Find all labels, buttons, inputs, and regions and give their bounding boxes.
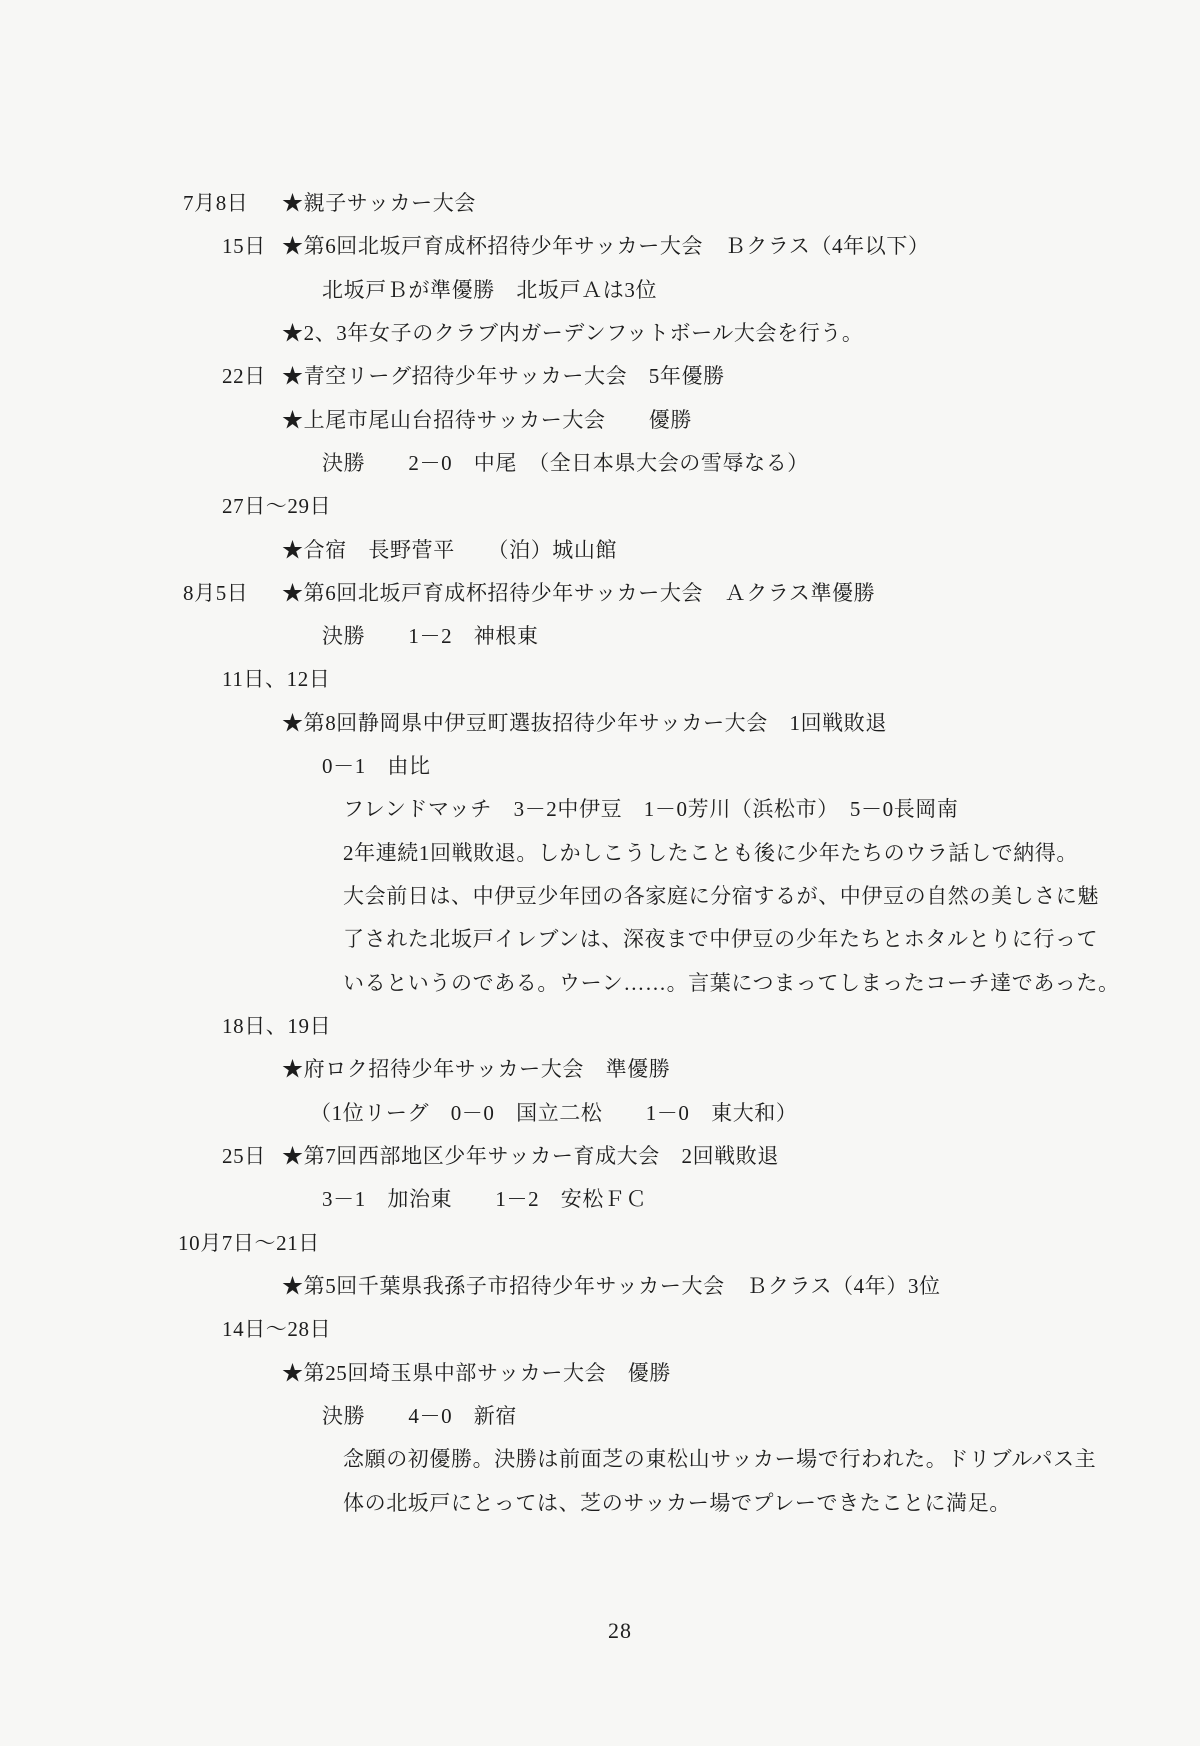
result-line: 決勝 2－0 中尾 （全日本県大会の雪辱なる） [322,450,809,476]
result-line: フレンドマッチ 3－2中伊豆 1－0芳川（浜松市） 5－0長岡南 [343,796,959,822]
event-line: ★青空リーグ招待少年サッカー大会 5年優勝 [282,363,725,389]
date-label: 18日、19日 [222,1013,331,1039]
date-label: 7月8日 [183,190,248,216]
note-line: 体の北坂戸にとっては、芝のサッカー場でプレーできたことに満足。 [343,1490,1011,1516]
note-line: 2年連続1回戦敗退。しかしこうしたことも後に少年たちのウラ話しで納得。 [343,840,1078,866]
event-line: ★第6回北坂戸育成杯招待少年サッカー大会 Ｂクラス（4年以下） [282,233,930,259]
result-line: 決勝 4－0 新宿 [322,1403,517,1429]
event-line: ★第6回北坂戸育成杯招待少年サッカー大会 Ａクラス準優勝 [282,580,875,606]
event-line: ★第8回静岡県中伊豆町選抜招待少年サッカー大会 1回戦敗退 [282,710,887,736]
date-label: 10月7日～21日 [178,1230,320,1256]
result-line: 北坂戸Ｂが準優勝 北坂戸Ａは3位 [322,277,657,303]
scanned-document: { "page": { "number": "28", "background_… [0,0,1200,1746]
date-label: 22日 [222,363,266,389]
date-label: 25日 [222,1143,266,1169]
document-page: 7月8日 ★親子サッカー大会 15日 ★第6回北坂戸育成杯招待少年サッカー大会 … [0,0,1200,1746]
event-line: ★合宿 長野菅平 （泊）城山館 [282,537,617,563]
event-line: ★第5回千葉県我孫子市招待少年サッカー大会 Ｂクラス（4年）3位 [282,1273,941,1299]
note-line: 了された北坂戸イレブンは、深夜まで中伊豆の少年たちとホタルとりに行って [343,926,1098,952]
date-label: 15日 [222,233,266,259]
page-number: 28 [608,1618,632,1644]
result-line: 3－1 加治東 1－2 安松ＦＣ [322,1186,647,1212]
result-line: （1位リーグ 0－0 国立二松 1－0 東大和） [310,1100,798,1126]
note-line: 大会前日は、中伊豆少年団の各家庭に分宿するが、中伊豆の自然の美しさに魅 [343,883,1099,909]
date-label: 8月5日 [183,580,248,606]
event-line: ★2、3年女子のクラブ内ガーデンフットボール大会を行う。 [282,320,864,346]
result-line: 決勝 1－2 神根東 [322,623,539,649]
event-line: ★府ロク招待少年サッカー大会 準優勝 [282,1056,670,1082]
event-line: ★親子サッカー大会 [282,190,476,216]
event-line: ★第25回埼玉県中部サッカー大会 優勝 [282,1360,671,1386]
date-label: 11日、12日 [222,666,330,692]
note-line: いるというのである。ウーン……。言葉につまってしまったコーチ達であった。 [343,970,1120,996]
result-line: 0－1 由比 [322,753,431,779]
date-label: 14日～28日 [222,1316,331,1342]
date-label: 27日～29日 [222,493,331,519]
event-line: ★第7回西部地区少年サッカー育成大会 2回戦敗退 [282,1143,779,1169]
note-line: 念願の初優勝。決勝は前面芝の東松山サッカー場で行われた。ドリブルパス主 [343,1446,1096,1472]
event-line: ★上尾市尾山台招待サッカー大会 優勝 [282,407,692,433]
